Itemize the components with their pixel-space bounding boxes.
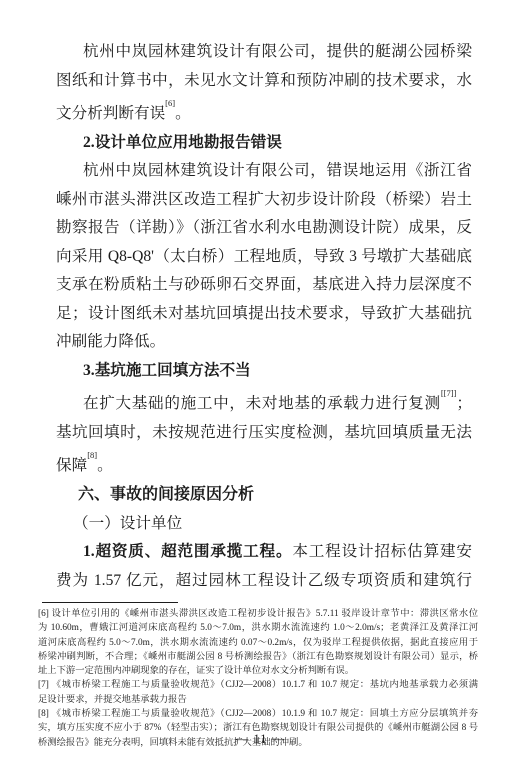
paragraph-line: 嵊州市湛头滞洪区改造工程扩大初步设计阶段（桥梁）岩土: [56, 186, 472, 215]
body-text: 杭州中岚园林建筑设计有限公司，提供的艇湖公园桥梁 图纸和计算书中，未见水文计算和…: [56, 38, 472, 595]
section-heading-3: 3.基坑施工回填方法不当: [56, 357, 472, 386]
paragraph-line: 向采用 Q8-Q8'（太白桥）工程地质，导致 3 号墩扩大基础底: [56, 243, 472, 272]
footnote-ref-8: [8]: [87, 450, 97, 460]
line-text: 文分析判断有误: [56, 105, 165, 122]
footnote-line: [8] 《城市桥梁工程施工与质量验收规范》（CJJ2—2008）10.1.9 和…: [38, 707, 478, 721]
paragraph-line: 杭州中岚园林建筑设计有限公司，错误地运用《浙江省: [56, 157, 472, 186]
paragraph-line: 图纸和计算书中，未见水文计算和预防冲刷的技术要求，水: [56, 67, 472, 96]
line-text: 在扩大基础的施工中，未对地基的承载力进行复测: [83, 395, 441, 412]
paragraph-line: 保障[8]。: [56, 447, 472, 481]
paragraph-line: 1.超资质、超范围承揽工程。本工程设计招标估算建安: [56, 538, 472, 567]
subsection-heading: （一）设计单位: [56, 510, 472, 539]
footnote-line: 道河床底高程约 5.0～7.0m，洪水期水流流速约 0.07～0.2m/s，仅为…: [38, 636, 478, 650]
paragraph-line: 足；设计图纸未对基坑回填提出技术要求，导致扩大基础抗: [56, 300, 472, 329]
line-text: 。: [97, 458, 113, 475]
footnote-line: 为 10.60m，曹娥江河道河床底高程约 5.0～7.0m，洪水期水流流速约 1…: [38, 621, 478, 635]
line-text: 。: [175, 105, 191, 122]
paragraph-line: 基坑回填时，未按规范进行压实度检测，基坑回填质量无法: [56, 419, 472, 448]
paragraph-line: 文分析判断有误[6]。: [56, 95, 472, 129]
footnote-line: [6] 设计单位引用的《嵊州市湛头滞洪区改造工程初步设计报告》5.7.11 驳岸…: [38, 607, 478, 621]
paragraph-line: 在扩大基础的施工中，未对地基的承载力进行复测[[7]]；: [56, 385, 472, 419]
line-text: 本工程设计招标估算建安: [292, 543, 472, 560]
footnote-line: 桥梁冲刷判断，不合理；《嵊州市艇湖公园 8 号桥测绘报告》（浙江有色勘察规划设计…: [38, 650, 478, 664]
paragraph-line: 冲刷能力降低。: [56, 328, 472, 357]
footnote-ref-6: [6]: [165, 98, 175, 108]
document-page: 杭州中岚园林建筑设计有限公司，提供的艇湖公园桥梁 图纸和计算书中，未见水文计算和…: [0, 0, 521, 765]
page-number: — 11 —: [0, 732, 521, 747]
footnote-line: 足设计要求，并提交地基承载力报告: [38, 693, 478, 707]
section-heading-6: 六、事故的间接原因分析: [56, 481, 472, 510]
line-text: ；: [456, 395, 472, 412]
paragraph-line: 勘察报告（详勘）》（浙江省水利水电勘测设计院）成果，反: [56, 214, 472, 243]
section-heading-2: 2.设计单位应用地勘报告错误: [56, 129, 472, 158]
footnotes: [6] 设计单位引用的《嵊州市湛头滞洪区改造工程初步设计报告》5.7.11 驳岸…: [38, 607, 478, 750]
footnote-line: [7] 《城市桥梁工程施工与质量验收规范》（CJJ2—2008）10.1.7 和…: [38, 678, 478, 692]
run-in-heading: 1.超资质、超范围承揽工程。: [83, 543, 292, 560]
paragraph-line: 杭州中岚园林建筑设计有限公司，提供的艇湖公园桥梁: [56, 38, 472, 67]
footnote-line: 址上下游一定范围内冲刷现象的存在，证实了设计单位对水文分析判断有误。: [38, 664, 478, 678]
paragraph-line: 费为 1.57 亿元，超过园林工程设计乙级专项资质和建筑行: [56, 567, 472, 596]
paragraph-line: 支承在粉质粘土与砂砾卵石交界面，基底进入持力层深度不: [56, 271, 472, 300]
line-text: 保障: [56, 458, 87, 475]
footnote-separator: [42, 602, 178, 603]
footnote-ref-7: [[7]]: [441, 388, 457, 398]
